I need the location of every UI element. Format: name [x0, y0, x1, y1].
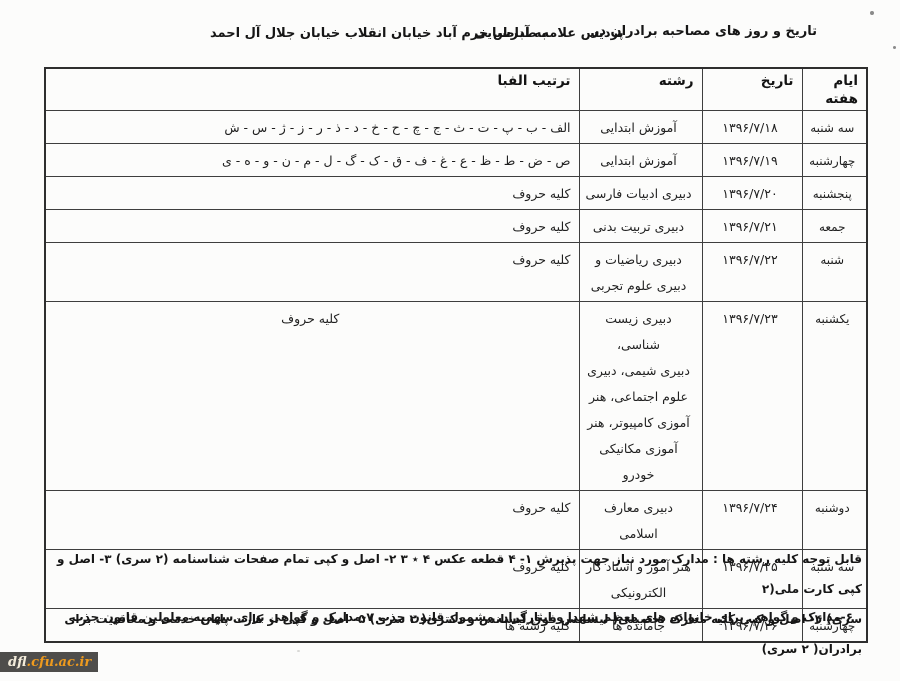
cell-letters: کلیه حروف — [45, 243, 579, 302]
cell-day: جمعه — [802, 210, 867, 243]
quota-documents-note: ۶-مدارک و گواهی برای خانواده های معظم شه… — [40, 606, 853, 628]
column-header-letters: ترتیب الفبا — [45, 68, 579, 111]
cell-date: ۱۳۹۶/۷/۲۴ — [702, 491, 802, 550]
column-header-field: رشته — [579, 68, 702, 111]
cell-day: دوشنبه — [802, 491, 867, 550]
cell-day: یکشنبه — [802, 302, 867, 491]
cell-field: آموزش ابتدایی — [579, 144, 702, 177]
cell-field: دبیری زیست شناسی، دبیری شیمی، دبیری علوم… — [579, 302, 702, 491]
cell-letters: ص - ض - ط - ظ - ع - غ - ف - ق - ک - گ - … — [45, 144, 579, 177]
table-row: سه شنبه ۱۳۹۶/۷/۱۸ آموزش ابتدایی الف - ب … — [45, 111, 867, 144]
cell-day: سه شنبه — [802, 111, 867, 144]
cell-day: چهارشنبه — [802, 144, 867, 177]
table-row: دوشنبه ۱۳۹۶/۷/۲۴ دبیری معارف اسلامی کلیه… — [45, 491, 867, 550]
cell-field: دبیری معارف اسلامی — [579, 491, 702, 550]
cell-letters: کلیه حروف — [45, 491, 579, 550]
table-header-row: ایام هفته تاریخ رشته ترتیب الفبا — [45, 68, 867, 111]
watermark-prefix: dfl — [8, 655, 27, 670]
required-documents-note: قابل توجه کلیه رشته ها : مدارک مورد نیاز… — [40, 544, 862, 664]
header-address: به آدرس خرم آباد خیابان انقلاب خیابان جل… — [210, 26, 547, 41]
column-header-date: تاریخ — [702, 68, 802, 111]
cell-letters: کلیه حروف — [45, 177, 579, 210]
cell-date: ۱۳۹۶/۷/۲۲ — [702, 243, 802, 302]
cell-date: ۱۳۹۶/۷/۲۰ — [702, 177, 802, 210]
cell-field: دبیری ریاضیات و دبیری علوم تجربی — [579, 243, 702, 302]
cell-day: شنبه — [802, 243, 867, 302]
scanned-document-page: تاریخ و روز های مصاحبه برادران در پردیس … — [0, 0, 900, 681]
table-row: چهارشنبه ۱۳۹۶/۷/۱۹ آموزش ابتدایی ص - ض -… — [45, 144, 867, 177]
site-watermark: dfl.cfu.ac.ir — [0, 652, 98, 672]
cell-date: ۱۳۹۶/۷/۲۳ — [702, 302, 802, 491]
header-title: تاریخ و روز های مصاحبه برادران در — [592, 24, 817, 39]
table-row: جمعه ۱۳۹۶/۷/۲۱ دبیری تربیت بدنی کلیه حرو… — [45, 210, 867, 243]
cell-date: ۱۳۹۶/۷/۲۱ — [702, 210, 802, 243]
scan-speck — [870, 11, 874, 15]
table-row: پنجشنبه ۱۳۹۶/۷/۲۰ دبیری ادبیات فارسی کلی… — [45, 177, 867, 210]
cell-field: دبیری ادبیات فارسی — [579, 177, 702, 210]
cell-field: دبیری تربیت بدنی — [579, 210, 702, 243]
table-row: یکشنبه ۱۳۹۶/۷/۲۳ دبیری زیست شناسی، دبیری… — [45, 302, 867, 491]
watermark-domain: .cfu.ac.ir — [27, 655, 92, 670]
scan-speck — [297, 650, 300, 652]
cell-field: آموزش ابتدایی — [579, 111, 702, 144]
scan-speck — [893, 46, 896, 49]
column-header-day: ایام هفته — [802, 68, 867, 111]
cell-letters: کلیه حروف — [45, 210, 579, 243]
table-row: شنبه ۱۳۹۶/۷/۲۲ دبیری ریاضیات و دبیری علو… — [45, 243, 867, 302]
cell-date: ۱۳۹۶/۷/۱۸ — [702, 111, 802, 144]
cell-date: ۱۳۹۶/۷/۱۹ — [702, 144, 802, 177]
cell-letters: الف - ب - پ - ت - ث - ج - چ - ح - خ - د … — [45, 111, 579, 144]
cell-day: پنجشنبه — [802, 177, 867, 210]
cell-letters: کلیه حروف — [45, 302, 579, 491]
